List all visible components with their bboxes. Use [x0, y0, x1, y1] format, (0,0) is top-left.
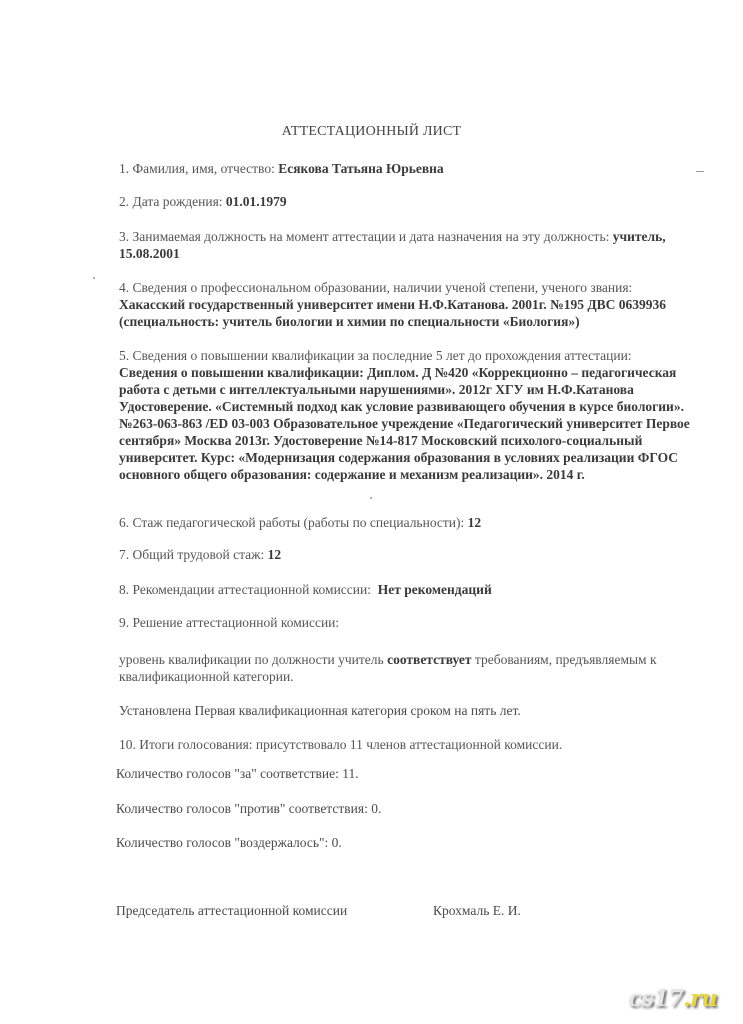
- category-established: Установлена Первая квалификационная кате…: [119, 702, 709, 719]
- item-education: 4. Сведения о профессиональном образован…: [119, 279, 709, 330]
- item-value: Нет рекомендаций: [378, 582, 492, 597]
- item-value: Хакасский государственный университет им…: [119, 296, 704, 330]
- item-value: Есякова Татьяна Юрьевна: [278, 161, 443, 176]
- decision-verdict: соответствует: [387, 652, 471, 667]
- item-pedagogical-experience: 6. Стаж педагогической работы (работы по…: [119, 514, 709, 531]
- scanned-document-page: АТТЕСТАЦИОННЫЙ ЛИСТ 1. Фамилия, имя, отч…: [0, 0, 743, 1024]
- item-value: Сведения о повышении квалификации: Дипло…: [119, 364, 709, 483]
- item-recommendations: 8. Рекомендации аттестационной комиссии:…: [119, 581, 709, 598]
- signature-name: Крохмаль Е. И.: [433, 902, 583, 919]
- item-value: 12: [468, 515, 482, 530]
- item-label: 1. Фамилия, имя, отчество:: [119, 161, 278, 176]
- item-decision-heading: 9. Решение аттестационной комиссии:: [119, 614, 709, 631]
- scan-speck: [370, 497, 372, 499]
- scan-speck: [93, 277, 95, 279]
- item-label: 3. Занимаемая должность на момент аттест…: [119, 229, 613, 244]
- votes-abstained: Количество голосов "воздержалось": 0.: [116, 834, 706, 851]
- decision-prefix: уровень квалификации по должности учител…: [119, 652, 387, 667]
- item-label: 2. Дата рождения:: [119, 194, 226, 209]
- item-full-name: 1. Фамилия, имя, отчество: Есякова Татья…: [119, 160, 709, 177]
- scan-speck: [696, 171, 704, 172]
- item-label: 4. Сведения о профессиональном образован…: [119, 279, 709, 296]
- item-label: 6. Стаж педагогической работы (работы по…: [119, 515, 468, 530]
- item-label: 5. Сведения о повышении квалификации за …: [119, 347, 709, 364]
- watermark-main: cs17: [628, 985, 683, 1012]
- item-label: 9. Решение аттестационной комиссии:: [119, 615, 339, 630]
- item-total-experience: 7. Общий трудовой стаж: 12: [119, 546, 709, 563]
- document-title: АТТЕСТАЦИОННЫЙ ЛИСТ: [0, 123, 743, 140]
- item-qualification: 5. Сведения о повышении квалификации за …: [119, 347, 709, 483]
- item-position: 3. Занимаемая должность на момент аттест…: [119, 228, 709, 262]
- item-birth-date: 2. Дата рождения: 01.01.1979: [119, 193, 709, 210]
- item-voting-results: 10. Итоги голосования: присутствовало 11…: [119, 736, 709, 753]
- item-label: 8. Рекомендации аттестационной комиссии:: [119, 582, 378, 597]
- votes-against: Количество голосов "против" соответствия…: [116, 800, 706, 817]
- item-label: 10. Итоги голосования: присутствовало 11…: [119, 737, 562, 752]
- item-value: 12: [268, 547, 282, 562]
- votes-for: Количество голосов "за" соответствие: 11…: [116, 765, 706, 782]
- item-label: 7. Общий трудовой стаж:: [119, 547, 268, 562]
- watermark-domain: .ru: [683, 985, 717, 1012]
- site-watermark: cs17.ru: [628, 990, 717, 1007]
- signature-role: Председатель аттестационной комиссии: [116, 902, 376, 919]
- item-value: 01.01.1979: [226, 194, 287, 209]
- decision-text: уровень квалификации по должности учител…: [119, 651, 704, 685]
